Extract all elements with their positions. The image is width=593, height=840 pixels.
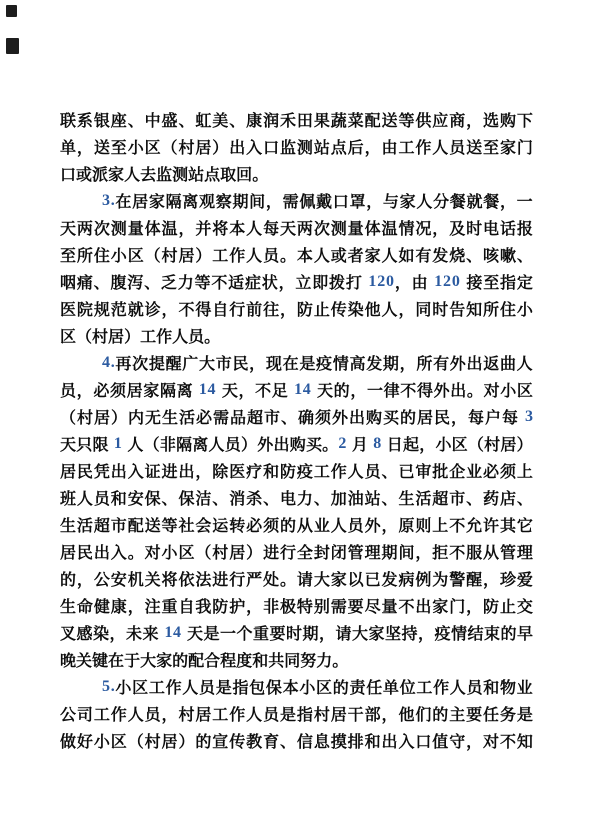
text-char: 村 — [77, 405, 93, 428]
text-char: 月 — [352, 432, 368, 455]
text-char: （ — [195, 540, 211, 563]
text-char: 物 — [500, 675, 516, 698]
text-char: 进 — [263, 540, 279, 563]
text-char: 市 — [111, 513, 127, 536]
text-char: 村 — [314, 702, 330, 725]
text-char: （ — [468, 432, 484, 455]
text-char: 大 — [140, 648, 156, 671]
text-char: 体 — [145, 216, 161, 239]
text-char: 润 — [263, 108, 279, 131]
text-char: 本 — [283, 675, 299, 698]
text-char: 区 — [145, 135, 161, 158]
text-char: 天 — [60, 432, 76, 455]
text-char: 立 — [295, 270, 311, 293]
text-char: （ — [76, 324, 92, 347]
text-char: 家 — [365, 243, 381, 266]
text-char: 所 — [416, 351, 432, 374]
text-char: 送 — [466, 135, 482, 158]
text-char: ， — [246, 594, 262, 617]
text-char: 员 — [188, 324, 204, 347]
text-char: 拨 — [329, 270, 345, 293]
text-char: 站 — [365, 486, 381, 509]
text-char: 员 — [348, 513, 364, 536]
text-char: 餐 — [450, 189, 466, 212]
text-char: 需 — [213, 405, 229, 428]
text-char: 就 — [467, 189, 483, 212]
text-char: 必 — [196, 405, 212, 428]
text-char: 居 — [331, 702, 347, 725]
text-char: 村 — [212, 540, 228, 563]
text-char: 有 — [433, 351, 449, 374]
text-char: 派 — [92, 162, 108, 185]
text-char: 对 — [483, 729, 499, 752]
text-char: 去 — [140, 162, 156, 185]
text-char: 医 — [229, 459, 245, 482]
text-line-9: 区（村居）工作人员。 — [60, 322, 533, 349]
text-char: 命 — [77, 594, 93, 617]
text-line-6: 至所住小区（村居）工作人员。本人或者家人如有发烧、咳嗽、 — [60, 241, 533, 268]
text-char: 两 — [77, 216, 93, 239]
text-char: 天 — [222, 378, 238, 401]
text-char: 疫 — [297, 459, 313, 482]
text-char: 在 — [115, 189, 131, 212]
text-char: 门 — [517, 135, 533, 158]
text-char: 咳 — [483, 243, 499, 266]
text-char: 提 — [149, 351, 165, 374]
text-char: 员 — [60, 378, 76, 401]
text-char: 温 — [382, 216, 398, 239]
text-char: 送 — [382, 108, 398, 131]
text-char: 餐 — [483, 189, 499, 212]
text-char: 于 — [124, 648, 140, 671]
text-char: 拒 — [432, 540, 448, 563]
text-line-22: 5.小区工作人员是指包保本小区的责任单位工作人员和物业 — [60, 673, 533, 700]
highlight-number-char: 1 — [199, 381, 207, 399]
text-char: 作 — [415, 135, 431, 158]
text-char: 出 — [467, 351, 483, 374]
text-char: ， — [266, 189, 282, 212]
text-char: 量 — [348, 216, 364, 239]
text-char: 康 — [111, 594, 127, 617]
text-char: 家 — [432, 594, 448, 617]
text-char: 须 — [263, 513, 279, 536]
text-line-16: 生活超市配送等社会运转必须的从业人员外，原则上不允许其它 — [60, 511, 533, 538]
text-char: 、 — [382, 459, 398, 482]
text-char: 腹 — [110, 270, 126, 293]
text-char: 保 — [178, 486, 194, 509]
text-char: 早 — [517, 621, 533, 644]
text-line-24: 做好小区（村居）的宣传教育、信息摸排和出入口值守，对不知 — [60, 727, 533, 754]
text-char: 期 — [382, 540, 398, 563]
text-char: 重 — [162, 594, 178, 617]
edge-mark-bottom — [6, 38, 19, 54]
text-char: 班 — [60, 486, 76, 509]
text-char: ， — [395, 270, 411, 293]
text-char: 人 — [382, 243, 398, 266]
text-char: 在 — [283, 351, 299, 374]
highlight-number-char: 2 — [443, 273, 451, 291]
text-char: 注 — [145, 594, 161, 617]
text-char: ， — [350, 378, 366, 401]
text-char: 值 — [432, 729, 448, 752]
text-char: 点 — [204, 162, 220, 185]
text-char: 出 — [382, 729, 398, 752]
text-char: 购 — [500, 108, 516, 131]
text-char: 重 — [253, 621, 269, 644]
text-char: 买 — [306, 432, 322, 455]
text-char: 活 — [77, 513, 93, 536]
highlight-number-char: . — [111, 678, 115, 696]
text-char: 人 — [246, 216, 262, 239]
text-char: 区 — [316, 675, 332, 698]
text-char: 时 — [432, 297, 448, 320]
text-char: 所 — [77, 243, 93, 266]
text-char: 居 — [178, 243, 194, 266]
text-char: 油 — [348, 486, 364, 509]
text-char: 一 — [367, 378, 383, 401]
text-char: 、 — [229, 108, 245, 131]
text-char: 作 — [229, 243, 245, 266]
text-char: 键 — [92, 648, 108, 671]
text-char: 有 — [415, 243, 431, 266]
text-char: 下 — [517, 108, 533, 131]
text-char: 点 — [331, 135, 347, 158]
text-char: 依 — [178, 567, 194, 590]
text-char: 防 — [280, 459, 296, 482]
text-char: 等 — [162, 513, 178, 536]
text-char: 超 — [247, 405, 263, 428]
text-line-11: 员，必须居家隔离14天，不足14天的，一律不得外出。对小区 — [60, 376, 533, 403]
text-char: 监 — [156, 162, 172, 185]
text-char: 如 — [398, 243, 414, 266]
text-char: 。 — [128, 540, 144, 563]
text-char: 佩 — [299, 189, 315, 212]
text-char: 情 — [333, 351, 349, 374]
text-char: 做 — [60, 729, 76, 752]
text-char: 的 — [280, 513, 296, 536]
text-char: 村 — [145, 729, 161, 752]
text-char: 需 — [283, 189, 299, 212]
text-char: 的 — [333, 675, 349, 698]
text-char: 个 — [236, 621, 252, 644]
text-char: 要 — [269, 621, 285, 644]
text-char: 知 — [517, 729, 533, 752]
text-char: 要 — [466, 702, 482, 725]
text-char: ） — [111, 405, 127, 428]
text-char: 例 — [415, 567, 431, 590]
text-line-21: 晚关键在于大家的配合程度和共同努力。 — [60, 646, 533, 673]
text-char: （ — [144, 432, 160, 455]
text-char: 系 — [77, 108, 93, 131]
text-char: 员 — [145, 702, 161, 725]
text-char: ， — [280, 297, 296, 320]
text-char: 在 — [108, 648, 124, 671]
text-char: 商 — [449, 108, 465, 131]
text-char: 不 — [178, 297, 194, 320]
text-char: 叉 — [60, 621, 76, 644]
text-char: 每 — [263, 216, 279, 239]
text-char: 人 — [124, 162, 140, 185]
text-char: 现 — [266, 351, 282, 374]
text-line-8: 医院规范就诊，不得自行前往，防止传染他人，同时告知所住小 — [60, 295, 533, 322]
text-char: 或 — [331, 243, 347, 266]
text-char: 理 — [365, 540, 381, 563]
text-char: 单 — [383, 675, 399, 698]
text-char: 员 — [263, 702, 279, 725]
text-char: 两 — [297, 216, 313, 239]
text-char: 进 — [162, 459, 178, 482]
text-char: ， — [365, 135, 381, 158]
text-char: 珍 — [500, 567, 516, 590]
text-char: 特 — [297, 594, 313, 617]
text-char: 口 — [415, 729, 431, 752]
text-char: 对 — [484, 378, 500, 401]
text-char: 出 — [273, 432, 289, 455]
text-char: 安 — [128, 486, 144, 509]
text-char: 家 — [368, 621, 384, 644]
text-char: 规 — [94, 297, 110, 320]
text-char: ， — [418, 621, 434, 644]
text-char: 疫 — [316, 351, 332, 374]
text-char: 回 — [236, 162, 252, 185]
highlight-number-char: 1 — [434, 273, 442, 291]
text-char: 转 — [229, 513, 245, 536]
text-char: 坚 — [385, 621, 401, 644]
text-char: 量 — [128, 216, 144, 239]
text-char: 度 — [236, 648, 252, 671]
text-line-12: （村居）内无生活必需品超市、确须外出购买的居民，每户每3 — [60, 403, 533, 430]
text-char: 同 — [284, 648, 300, 671]
text-char: 返 — [483, 351, 499, 374]
text-char: 隔 — [176, 432, 192, 455]
text-char: 居 — [127, 378, 143, 401]
text-char: ， — [162, 702, 178, 725]
text-char: 适 — [228, 270, 244, 293]
text-char: 上 — [432, 513, 448, 536]
text-char: 时 — [286, 621, 302, 644]
highlight-number-char: 3 — [525, 408, 533, 426]
text-char: 他 — [398, 702, 414, 725]
text-char: 外 — [257, 432, 273, 455]
text-char: 的 — [432, 702, 448, 725]
text-char: 、 — [144, 270, 160, 293]
text-char: 尽 — [365, 594, 381, 617]
text-char: 务 — [500, 702, 516, 725]
text-char: 次 — [132, 351, 148, 374]
text-char: 口 — [263, 135, 279, 158]
highlight-number-char: 2 — [377, 273, 385, 291]
text-char: 会 — [195, 513, 211, 536]
text-char: 店 — [500, 486, 516, 509]
text-char: ， — [466, 108, 482, 131]
text-char: 就 — [128, 297, 144, 320]
text-char: ， — [238, 378, 254, 401]
text-char: 家 — [143, 378, 159, 401]
text-char: 痛 — [77, 270, 93, 293]
highlight-number-char: 5 — [102, 678, 110, 696]
text-char: 人 — [348, 459, 364, 482]
text-char: 人 — [77, 486, 93, 509]
highlight-number-char: 1 — [164, 624, 172, 642]
text-char: ， — [77, 135, 93, 158]
text-char: 任 — [366, 675, 382, 698]
text-char: 允 — [466, 513, 482, 536]
text-char: 民 — [232, 351, 248, 374]
text-char: 它 — [517, 513, 533, 536]
text-char: 家 — [156, 648, 172, 671]
text-char: 疗 — [246, 459, 262, 482]
text-char: 送 — [94, 135, 110, 158]
text-char: 共 — [268, 648, 284, 671]
text-char: 非 — [263, 594, 279, 617]
text-line-23: 公司工作人员，村居工作人员是指村居干部，他们的主要任务是 — [60, 700, 533, 727]
text-char: （ — [162, 135, 178, 158]
text-char: 监 — [280, 135, 296, 158]
text-char: 非 — [160, 432, 176, 455]
text-char: 好 — [77, 729, 93, 752]
text-char: 住 — [500, 297, 516, 320]
text-char: 别 — [314, 594, 330, 617]
text-char: 。 — [280, 567, 296, 590]
text-char: 宣 — [212, 729, 228, 752]
text-char: 口 — [60, 162, 76, 185]
text-char: ， — [400, 351, 416, 374]
text-char: ） — [246, 540, 262, 563]
text-char: 村 — [92, 324, 108, 347]
text-char: 自 — [178, 594, 194, 617]
text-char: 信 — [297, 729, 313, 752]
text-char: 家 — [149, 189, 165, 212]
text-char: 力 — [178, 270, 194, 293]
text-char: 防 — [297, 297, 313, 320]
highlight-number-char: . — [111, 354, 115, 372]
text-char: ， — [366, 189, 382, 212]
text-char: 是 — [216, 675, 232, 698]
text-char: 每 — [468, 405, 484, 428]
text-char: 打 — [346, 270, 362, 293]
text-char: 察 — [216, 189, 232, 212]
text-char: ， — [77, 567, 93, 590]
text-char: 测 — [297, 135, 313, 158]
document-page: 联系银座、中盛、虹美、康润禾田果蔬菜配送等供应商，选购下单，送至小区（村居）出入… — [0, 0, 593, 840]
text-char: 力 — [297, 486, 313, 509]
text-char: 医 — [60, 297, 76, 320]
text-char: ， — [319, 621, 335, 644]
text-char: 束 — [484, 621, 500, 644]
text-char: 银 — [94, 108, 110, 131]
text-char: 报 — [517, 216, 533, 239]
highlight-number-char: 4 — [102, 354, 110, 372]
text-char: 发 — [382, 567, 398, 590]
text-char: 的 — [172, 648, 188, 671]
text-char: ， — [415, 540, 431, 563]
text-char: 供 — [415, 108, 431, 131]
text-char: 要 — [348, 594, 364, 617]
edge-mark-top — [6, 5, 17, 17]
text-char: 离 — [192, 432, 208, 455]
text-char: 审 — [415, 459, 431, 482]
text-char: 其 — [500, 513, 516, 536]
text-char: 、 — [212, 486, 228, 509]
text-char: 发 — [366, 351, 382, 374]
text-char: 居 — [195, 135, 211, 158]
text-char: 员 — [263, 243, 279, 266]
text-char: ） — [517, 432, 533, 455]
text-char: 和 — [263, 459, 279, 482]
text-char: 我 — [195, 594, 211, 617]
text-char: 民 — [434, 405, 450, 428]
text-char: 人 — [331, 513, 347, 536]
text-char: 等 — [195, 270, 211, 293]
text-char: 必 — [93, 378, 109, 401]
highlight-number-char: 3 — [102, 192, 110, 210]
text-char: 以 — [348, 567, 364, 590]
text-char: 小 — [94, 729, 110, 752]
text-char: 人 — [128, 702, 144, 725]
text-char: 人 — [314, 243, 330, 266]
text-char: 联 — [60, 108, 76, 131]
text-char: 日 — [387, 432, 403, 455]
text-char: 力 — [316, 648, 332, 671]
text-char: 居 — [162, 729, 178, 752]
text-char: 超 — [432, 486, 448, 509]
text-char: 广 — [182, 351, 198, 374]
text-line-2: 单，送至小区（村居）出入口监测站点后，由工作人员送至家门 — [60, 133, 533, 160]
text-char: 外 — [365, 513, 381, 536]
text-char: 将 — [162, 567, 178, 590]
text-char: ） — [195, 243, 211, 266]
text-char: 工 — [149, 675, 165, 698]
text-char: 行 — [280, 540, 296, 563]
text-char: 定 — [517, 270, 533, 293]
text-char: 测 — [111, 216, 127, 239]
text-char: 配 — [128, 513, 144, 536]
text-char: 内 — [128, 405, 144, 428]
text-char: 时 — [466, 216, 482, 239]
text-char: 育 — [263, 729, 279, 752]
text-char: 由 — [382, 135, 398, 158]
text-char: 人 — [182, 675, 198, 698]
text-char: 人 — [209, 432, 225, 455]
text-char: 即 — [312, 270, 328, 293]
text-char: 病 — [398, 567, 414, 590]
text-char: 小 — [162, 540, 178, 563]
text-char: 人 — [246, 702, 262, 725]
text-char: 购 — [366, 405, 382, 428]
text-char: 间 — [398, 540, 414, 563]
text-char: 大 — [352, 621, 368, 644]
text-char: 从 — [297, 513, 313, 536]
text-char: ， — [398, 297, 414, 320]
text-char: 员 — [467, 675, 483, 698]
text-char: 行 — [229, 567, 245, 590]
text-char: 往 — [263, 297, 279, 320]
text-char: 盛 — [162, 108, 178, 131]
text-char: 来 — [143, 621, 159, 644]
text-char: 只 — [76, 432, 92, 455]
highlight-number-char: 8 — [373, 435, 381, 453]
text-char: 告 — [449, 297, 465, 320]
text-char: 封 — [314, 540, 330, 563]
text-char: 情 — [398, 216, 414, 239]
text-char: 户 — [485, 405, 501, 428]
text-char: 传 — [229, 729, 245, 752]
text-char: 家 — [108, 162, 124, 185]
text-char: 进 — [212, 567, 228, 590]
text-char: 、 — [162, 486, 178, 509]
text-char: 村 — [162, 243, 178, 266]
text-char: 生 — [60, 513, 76, 536]
